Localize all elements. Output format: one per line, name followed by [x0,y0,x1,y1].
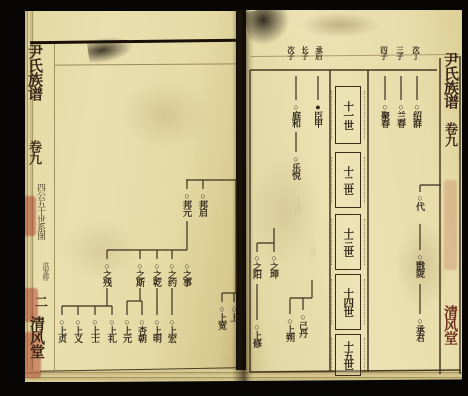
tree-node: ○上修 [252,322,261,347]
left-spine-divider [54,44,55,370]
column-header: 承后 [315,46,323,59]
tree-node: ○上元 [122,317,131,342]
generation-label: 十一世 [343,101,354,130]
scan-background-right [462,0,468,396]
generation-box: 十二世 [335,152,361,208]
left-spine-title: 尹氏族谱 [27,44,42,100]
tree-node: ○上宏 [167,317,176,342]
column-header: 次丁 [412,46,420,59]
left-spine-place: 洪家桥 [42,262,49,280]
left-spine-section: 四公五十世系图 [36,183,45,239]
tree-node: ○上贞 [57,317,66,342]
generation-box: 十一世 [335,86,361,144]
tree-node: ○杏朝 [137,317,146,342]
generation-label: 十二世 [343,166,354,195]
tree-node: ○之坤 [269,253,278,278]
tree-node: ○之斯 [135,261,144,286]
tree-node: ○上宽 [217,304,226,329]
column-header: 长子 [301,46,309,59]
right-margin-hall-name: 清风堂 [444,305,458,344]
tree-node: ○聚春 [380,102,389,127]
tree-node: ○庭和 [291,102,300,127]
tree-node: ○承君 [415,316,424,341]
tree-node: ○上明 [152,317,161,342]
tree-node: ○上义 [73,317,82,342]
red-seal-mark [24,196,36,236]
tree-node: ○戬陇 [415,252,424,277]
left-spine-page-number: 二 [34,295,47,307]
tree-node: ○乐悦 [291,154,300,179]
tree-node: ○之事 [182,261,191,286]
tree-node: ○邦元 [182,191,191,216]
generation-label: 十四世 [343,288,354,317]
tree-node: ○己丹 [298,312,307,337]
tree-node: ○代 [415,193,424,210]
tree-node: ○之乾 [152,261,161,286]
tree-node: ○上朔 [285,316,294,341]
tree-node: ○之残 [102,261,111,286]
red-seal-mark [444,180,457,270]
ghost-text: 上明 [292,196,305,214]
tree-node: ○上士 [90,317,99,342]
scan-background-top [0,0,468,10]
tree-node: ○兰春 [396,102,405,127]
column-header: 四子 [380,46,388,59]
tree-node: ○之阳 [252,253,261,278]
tree-node: ○上 [229,304,238,321]
generation-box: 十四世 [335,274,361,330]
tree-node: ○邦启 [198,191,207,216]
right-margin-title: 尹氏族谱 [443,52,458,108]
generation-box: 十三世 [335,214,361,270]
tree-node: ○绍群 [412,102,421,127]
tree-node: ●臣甲 [313,102,322,127]
column-header: 三子 [396,46,404,59]
column-header: 次子 [287,46,295,59]
scan-background-left [0,0,25,396]
ghost-text: 之乾 [306,240,319,258]
generation-label: 十五世 [343,341,354,370]
scan-background-bottom [0,379,468,396]
right-margin-volume: 卷九 [444,122,457,146]
book-scan: 尹氏族谱 卷九 四公五十世系图 洪家桥 二 清风堂 尹氏族谱 卷九 清风堂 次子… [0,0,468,396]
generation-label: 十三世 [343,228,354,257]
left-spine-hall-name: 清风堂 [29,316,44,358]
generation-box: 十五世 [335,334,361,376]
tree-node: ○上礼 [107,317,116,342]
tree-node: ○之约 [167,261,176,286]
left-spine-volume: 卷九 [28,140,41,164]
